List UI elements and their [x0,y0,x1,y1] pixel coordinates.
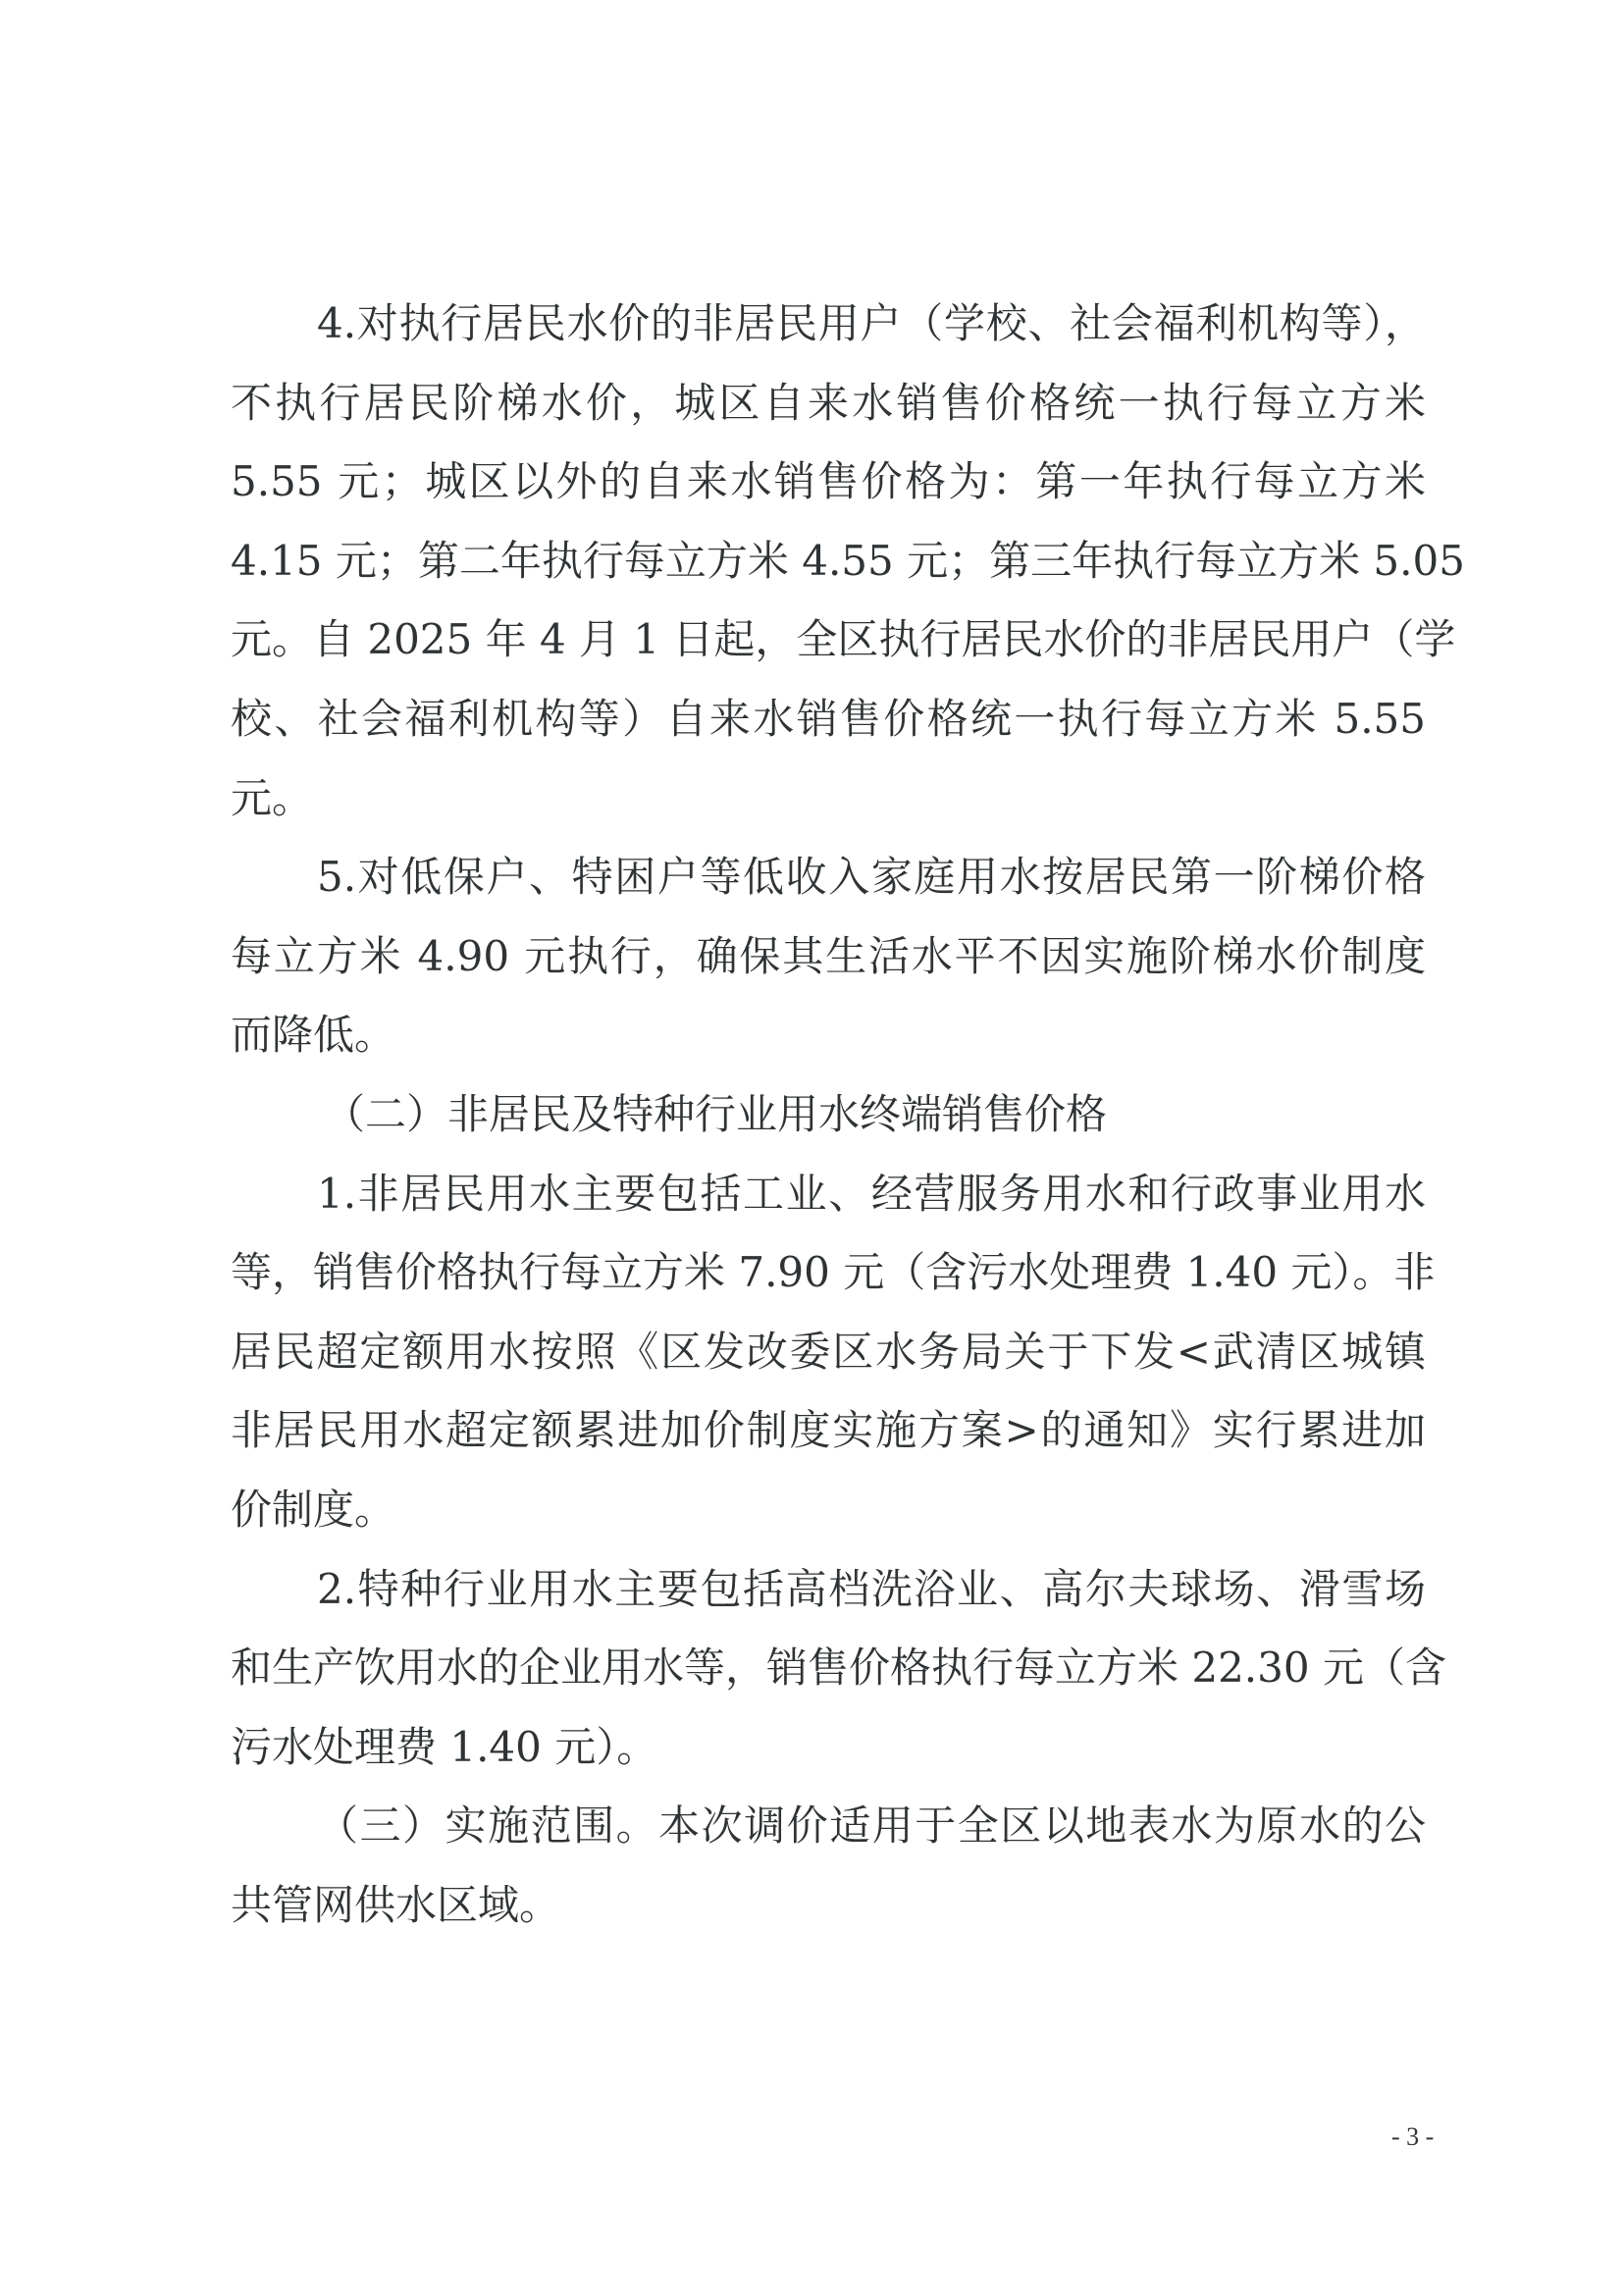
paragraph-5-line-2: 每立方米 4.90 元执行，确保其生活水平不因实施阶梯水价制度 [231,927,1426,986]
section-heading-2: （二）非居民及特种行业用水终端销售价格 [324,1085,1107,1144]
paragraph-4-line-3: 5.55 元；城区以外的自来水销售价格为：第一年执行每立方米 [231,452,1426,511]
paragraph-4-line-5: 元。自 2025 年 4 月 1 日起，全区执行居民水价的非居民用户（学 [231,610,1426,669]
item-2-line-1: 2.特种行业用水主要包括高档洗浴业、高尔夫球场、滑雪场 [317,1560,1426,1619]
paragraph-4-line-1: 4.对执行居民水价的非居民用户（学校、社会福利机构等）， [317,294,1426,353]
item-1-line-3: 居民超定额用水按照《区发改委区水务局关于下发<武清区城镇 [231,1323,1426,1382]
item-1-line-5: 价制度。 [231,1481,395,1539]
item-2-line-3: 污水处理费 1.40 元）。 [231,1718,657,1777]
paragraph-4-line-7: 元。 [231,769,313,828]
document-page: 4.对执行居民水价的非居民用户（学校、社会福利机构等）， 不执行居民阶梯水价，城… [0,0,1623,2296]
item-1-line-1: 1.非居民用水主要包括工业、经营服务用水和行政事业用水 [317,1165,1426,1224]
item-2-line-2: 和生产饮用水的企业用水等，销售价格执行每立方米 22.30 元（含 [231,1639,1426,1697]
section-3-line-1: （三）实施范围。本次调价适用于全区以地表水为原水的公 [317,1797,1426,1855]
paragraph-4-line-2: 不执行居民阶梯水价，城区自来水销售价格统一执行每立方米 [231,374,1426,433]
paragraph-4-line-6: 校、社会福利机构等）自来水销售价格统一执行每立方米 5.55 [231,690,1426,749]
paragraph-5-line-3: 而降低。 [231,1006,395,1065]
paragraph-5-line-1: 5.对低保户、特困户等低收入家庭用水按居民第一阶梯价格 [317,848,1426,907]
item-1-line-4: 非居民用水超定额累进加价制度实施方案>的通知》实行累进加 [231,1401,1426,1460]
page-number: - 3 - [1391,2119,1434,2155]
section-3-line-2: 共管网供水区域。 [231,1876,560,1935]
paragraph-4-line-4: 4.15 元；第二年执行每立方米 4.55 元；第三年执行每立方米 5.05 [231,532,1426,591]
item-1-line-2: 等，销售价格执行每立方米 7.90 元（含污水处理费 1.40 元）。非 [231,1243,1426,1302]
